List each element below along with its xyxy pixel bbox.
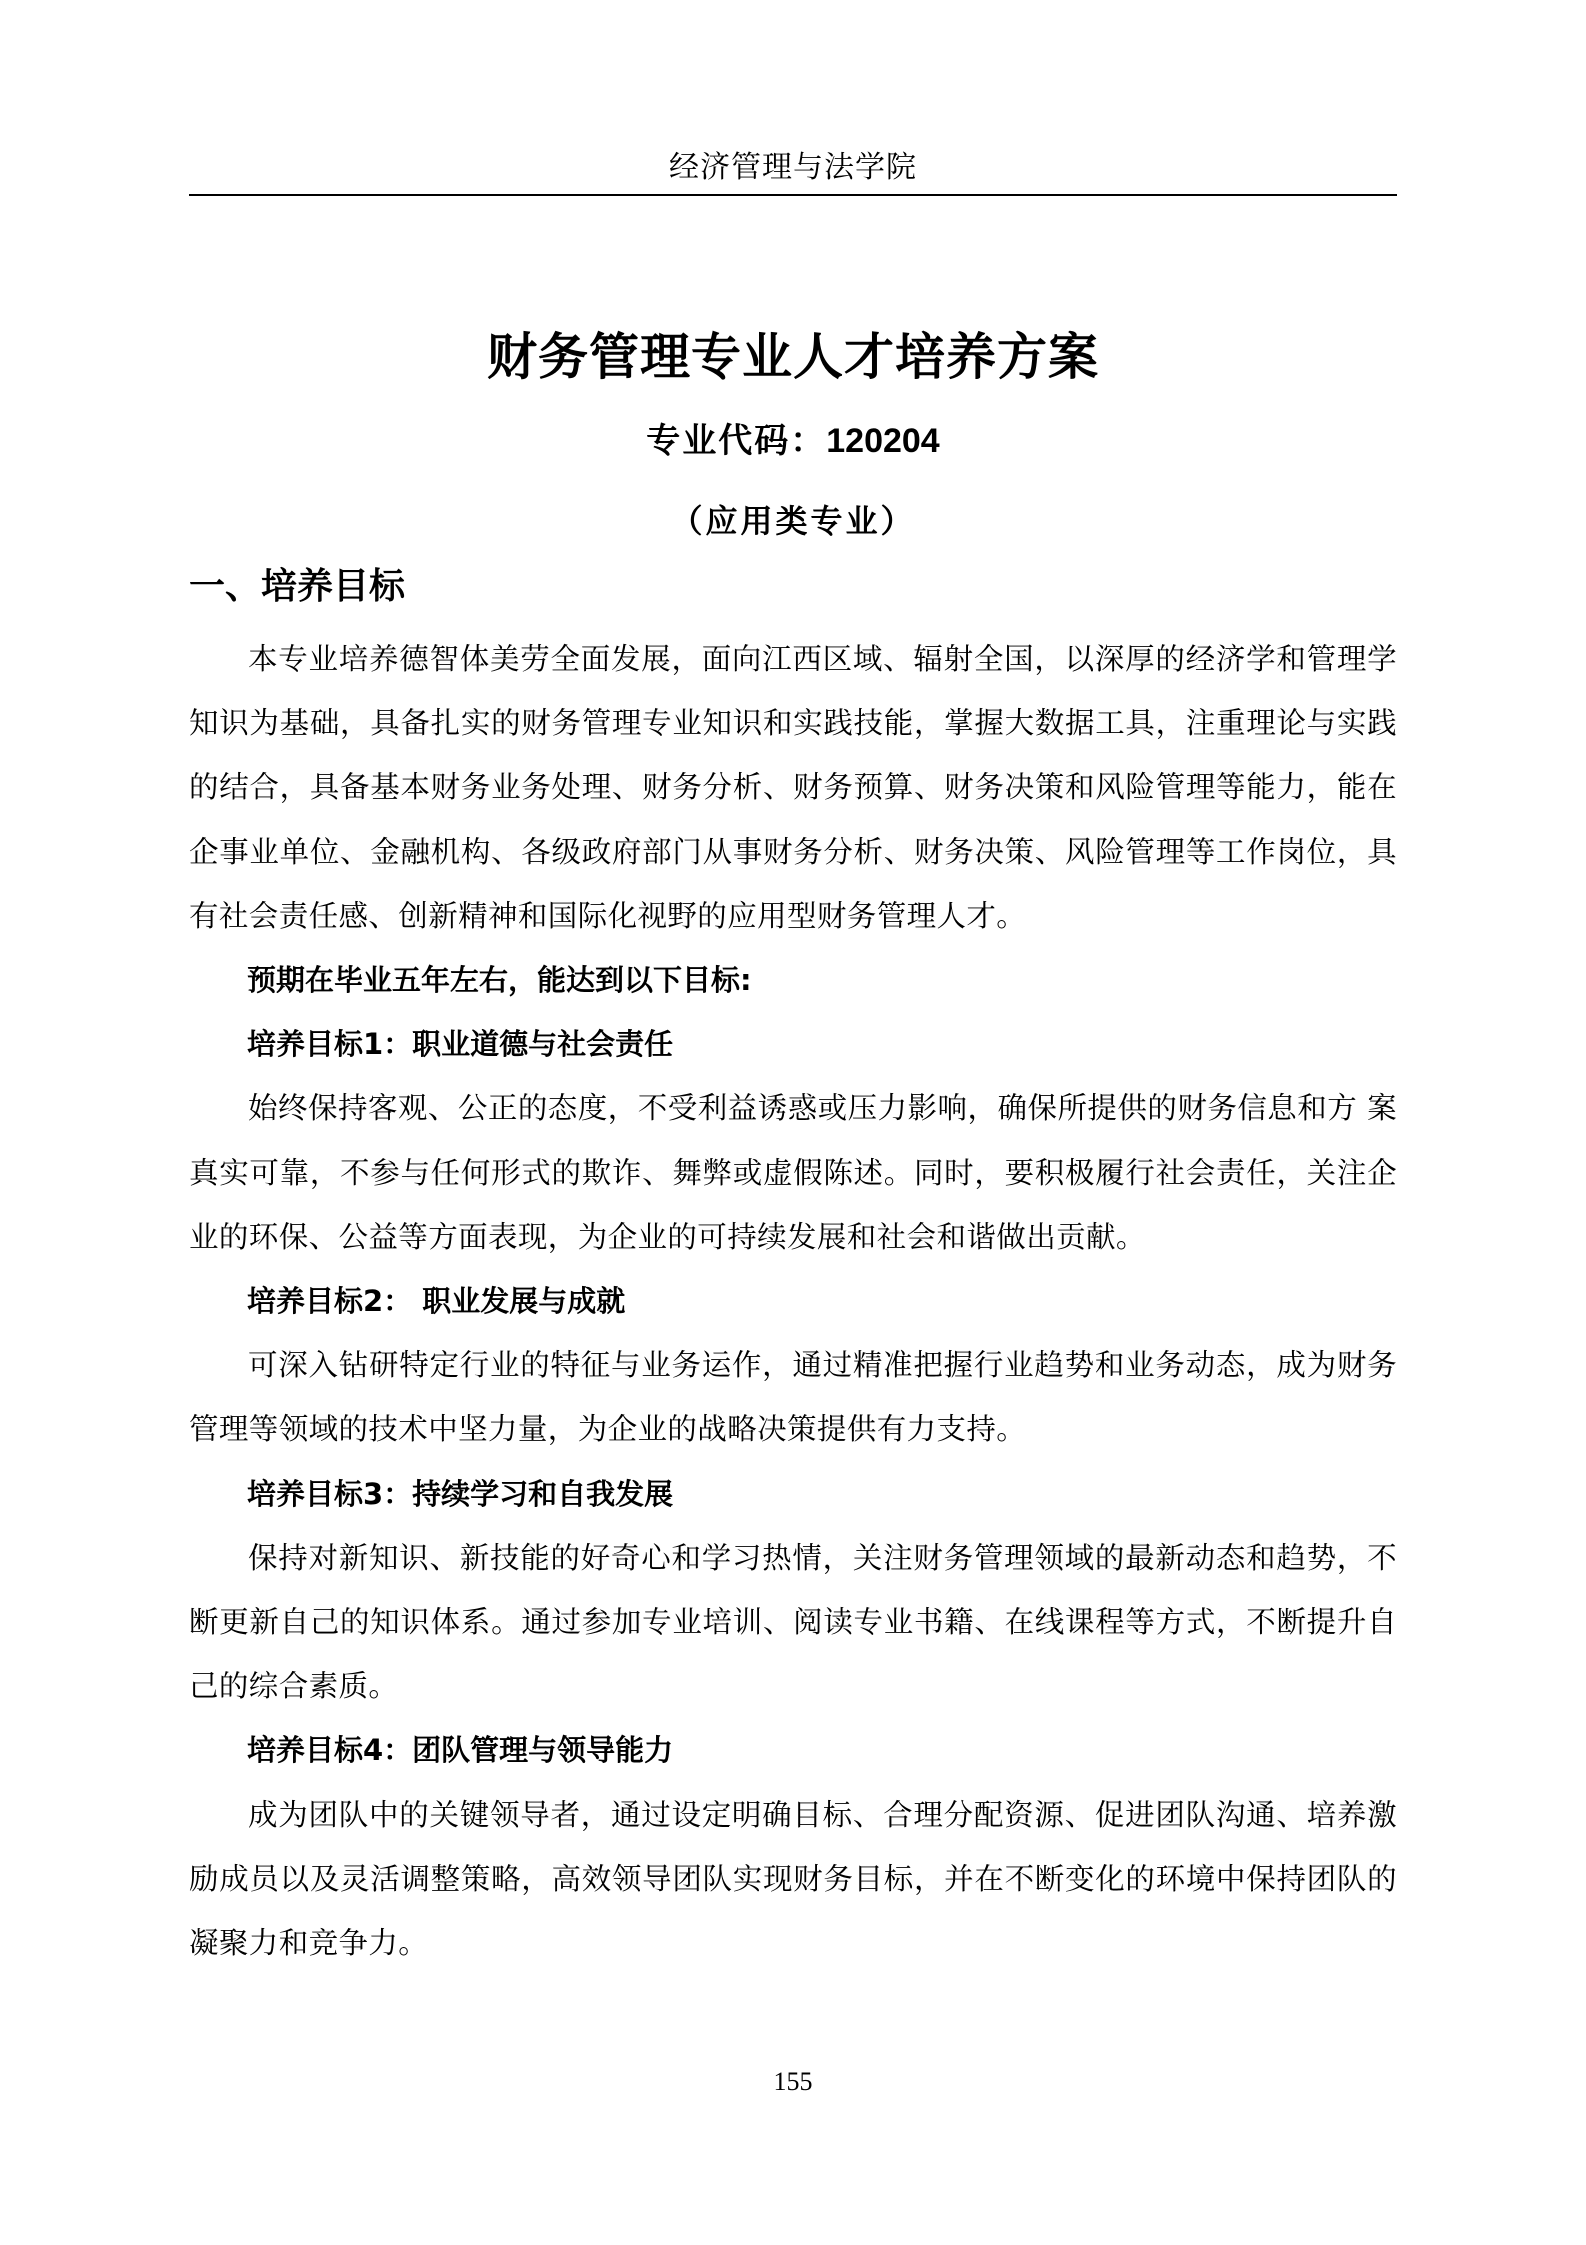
- expectation-line: 预期在毕业五年左右，能达到以下目标:: [189, 948, 1397, 1012]
- major-type: （应用类专业）: [189, 498, 1397, 544]
- goal-4-body: 成为团队中的关键领导者，通过设定明确目标、合理分配资源、促进团队沟通、培养激励成…: [189, 1783, 1397, 1976]
- page-number: 155: [189, 2065, 1397, 2099]
- section-content: 本专业培养德智体美劳全面发展，面向江西区域、辐射全国，以深厚的经济学和管理学知识…: [189, 627, 1397, 1975]
- major-code-label: 专业代码：: [646, 421, 826, 461]
- document-title: 财务管理专业人才培养方案: [189, 322, 1397, 392]
- running-header: 经济管理与法学院: [189, 148, 1397, 188]
- goal-4-title: 培养目标4：团队管理与领导能力: [189, 1718, 1397, 1782]
- document-page: 经济管理与法学院 财务管理专业人才培养方案 专业代码：120204 （应用类专业…: [0, 0, 1586, 2245]
- section-heading: 一、培养目标: [189, 562, 405, 612]
- intro-paragraph: 本专业培养德智体美劳全面发展，面向江西区域、辐射全国，以深厚的经济学和管理学知识…: [189, 627, 1397, 948]
- major-code: 专业代码：120204: [189, 418, 1397, 464]
- goal-2-body: 可深入钻研特定行业的特征与业务运作，通过精准把握行业趋势和业务动态，成为财务管理…: [189, 1333, 1397, 1461]
- goal-3-title: 培养目标3：持续学习和自我发展: [189, 1462, 1397, 1526]
- goal-1-title: 培养目标1：职业道德与社会责任: [189, 1012, 1397, 1076]
- goal-2-title: 培养目标2： 职业发展与成就: [189, 1269, 1397, 1333]
- header-rule: [189, 194, 1397, 196]
- major-code-value: 120204: [826, 422, 939, 460]
- goal-1-body: 始终保持客观、公正的态度，不受利益诱惑或压力影响，确保所提供的财务信息和方 案真…: [189, 1076, 1397, 1269]
- goal-3-body: 保持对新知识、新技能的好奇心和学习热情，关注财务管理领域的最新动态和趋势，不断更…: [189, 1526, 1397, 1719]
